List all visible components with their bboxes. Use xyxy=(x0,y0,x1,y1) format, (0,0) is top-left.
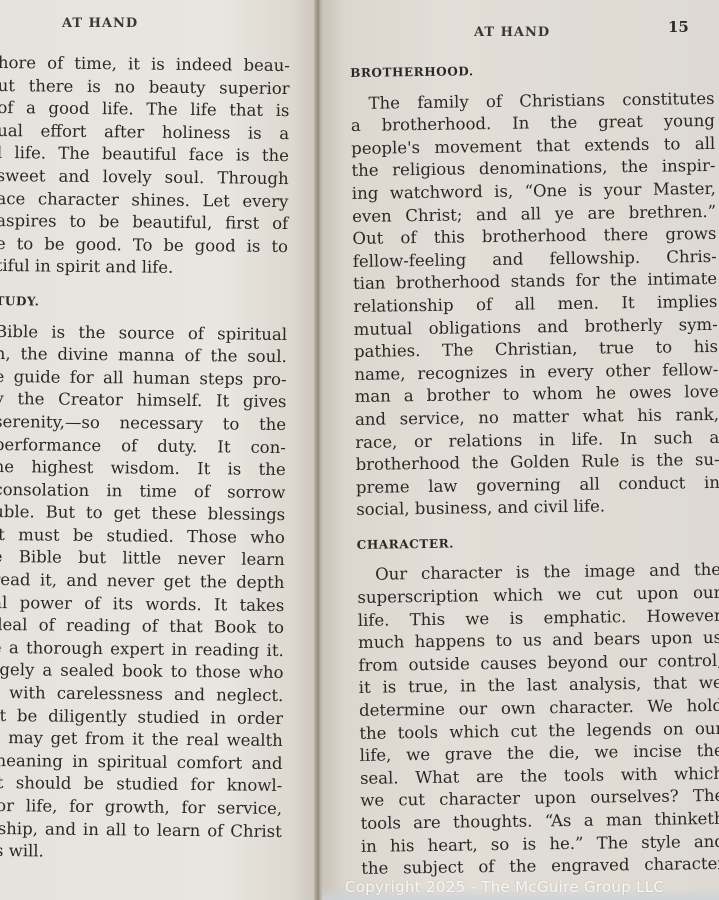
text-line: aspires to be beautiful, first of xyxy=(0,210,288,236)
text-line: It should be studied for knowl- xyxy=(0,772,282,798)
page-number: 15 xyxy=(668,18,689,36)
text-line: ace character shines. Let every xyxy=(0,188,289,214)
text-line: ut there is no beauty superior xyxy=(0,75,290,101)
text-line: rship, and in all to learn of Christ xyxy=(0,818,282,844)
text-line: y the Creator himself. It gives xyxy=(0,388,286,414)
text-line: e a thorough expert in reading it. xyxy=(0,637,284,663)
text-line: of a good life. The life that is xyxy=(0,97,290,123)
left-page: AT HAND hore of time, it is indeed beau-… xyxy=(0,0,318,900)
text-line: uble. But to get these blessings xyxy=(0,501,285,527)
text-line: consolation in time of sorrow xyxy=(0,479,286,505)
running-head-left: AT HAND xyxy=(62,16,138,31)
text-line: ual effort after holiness is a xyxy=(0,120,289,146)
text-line: is will. xyxy=(0,840,282,866)
text-line: e to be good. To be good is to xyxy=(0,233,288,259)
running-head-right: AT HAND xyxy=(474,25,550,40)
text-line: t with carelessness and neglect. xyxy=(0,682,283,708)
text-line: he highest wisdom. It is the xyxy=(0,456,286,482)
text-line: for life, for growth, for service, xyxy=(0,795,282,821)
text-line: deal of reading of that Book to xyxy=(0,614,284,640)
text-line: n, the divine manna of the soul. xyxy=(0,343,287,369)
left-page-body: hore of time, it is indeed beau- ut ther… xyxy=(0,52,290,866)
right-page: AT HAND 15 BROTHERHOOD. The family of Ch… xyxy=(322,0,719,900)
text-line: l life. The beautiful face is the xyxy=(0,142,289,168)
text-line: tiful in spirit and life. xyxy=(0,255,288,281)
copyright-watermark: Copyright 2025 - The McGuire Group LLC xyxy=(345,878,664,896)
text-line: performance of duty. It con- xyxy=(0,433,286,459)
text-line: e may get from it the real wealth xyxy=(0,727,283,753)
text-line: meaning in spiritual comfort and xyxy=(0,750,283,776)
text-line: al power of its words. It takes xyxy=(0,592,284,618)
text-line: the subject of the engraved character xyxy=(361,853,719,881)
text-line: e Bible but little never learn xyxy=(0,546,285,572)
text-line: sweet and lovely soul. Through xyxy=(0,165,289,191)
text-line: hore of time, it is indeed beau- xyxy=(0,52,290,78)
text-line: read it, and never get the depth xyxy=(0,569,285,595)
text-line: it must be studied. Those who xyxy=(0,524,285,550)
text-line: Bible is the source of spiritual xyxy=(0,321,287,347)
text-line: rgely a sealed book to those who xyxy=(0,659,284,685)
text-line: st be diligently studied in order xyxy=(0,705,283,731)
text-line: serenity,—so necessary to the xyxy=(0,411,286,437)
right-page-body: BROTHERHOOD. The family of Christians co… xyxy=(350,57,719,881)
text-line: e guide for all human steps pro- xyxy=(0,366,287,392)
section-heading-study: TUDY. xyxy=(0,290,287,316)
